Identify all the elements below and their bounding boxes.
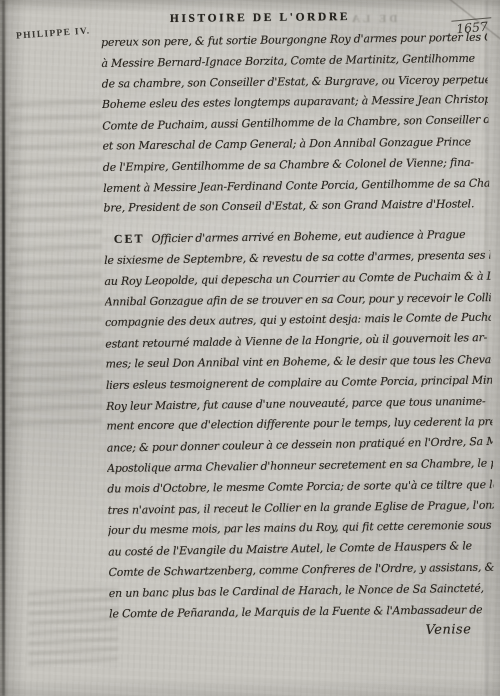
manuscript-page: DE LA HISTOIRE DE L'ORDRE 1657 PHILIPPE … (0, 0, 500, 696)
closing-word: Venise (109, 620, 495, 645)
manuscript-line: Annibal Gonzague afin de se trouver en s… (105, 288, 491, 313)
paragraph-2-body: le sixiesme de Septembre, & revestu de s… (104, 246, 495, 626)
paragraph-2: CETOfficier d'armes arrivé en Boheme, eu… (104, 224, 495, 625)
manuscript-line: et son Mareschal de Camp General; à Don … (102, 132, 488, 157)
ink-bleedthrough-left-margin (10, 96, 102, 426)
manuscript-line: du mois d'Octobre, le mesme Comte Porcia… (107, 475, 493, 500)
bleedthrough-header-text: DE LA (349, 13, 397, 25)
paragraph-1: pereux son pere, & fut sortie Bourgongne… (101, 28, 490, 221)
manuscript-line: de sa chambre, son Conseiller d'Estat, &… (102, 70, 488, 95)
manuscript-line: bre, President de son Conseil d'Estat, &… (103, 194, 489, 219)
ink-bleedthrough-bottom-left (28, 588, 118, 668)
manuscript-line-text: Officier d'armes arrivé en Boheme, eut a… (151, 228, 465, 245)
paragraph-lead-word: CET (114, 232, 145, 246)
manuscript-text-block: pereux son pere, & fut sortie Bourgongne… (101, 28, 496, 673)
running-header-title: HISTOIRE DE L'ORDRE (168, 11, 352, 25)
binding-edge-shadow (2, 0, 5, 696)
manuscript-line: mes; le seul Don Annibal vint en Boheme,… (106, 350, 492, 375)
margin-note-king-name: PHILIPPE IV. (16, 26, 91, 41)
